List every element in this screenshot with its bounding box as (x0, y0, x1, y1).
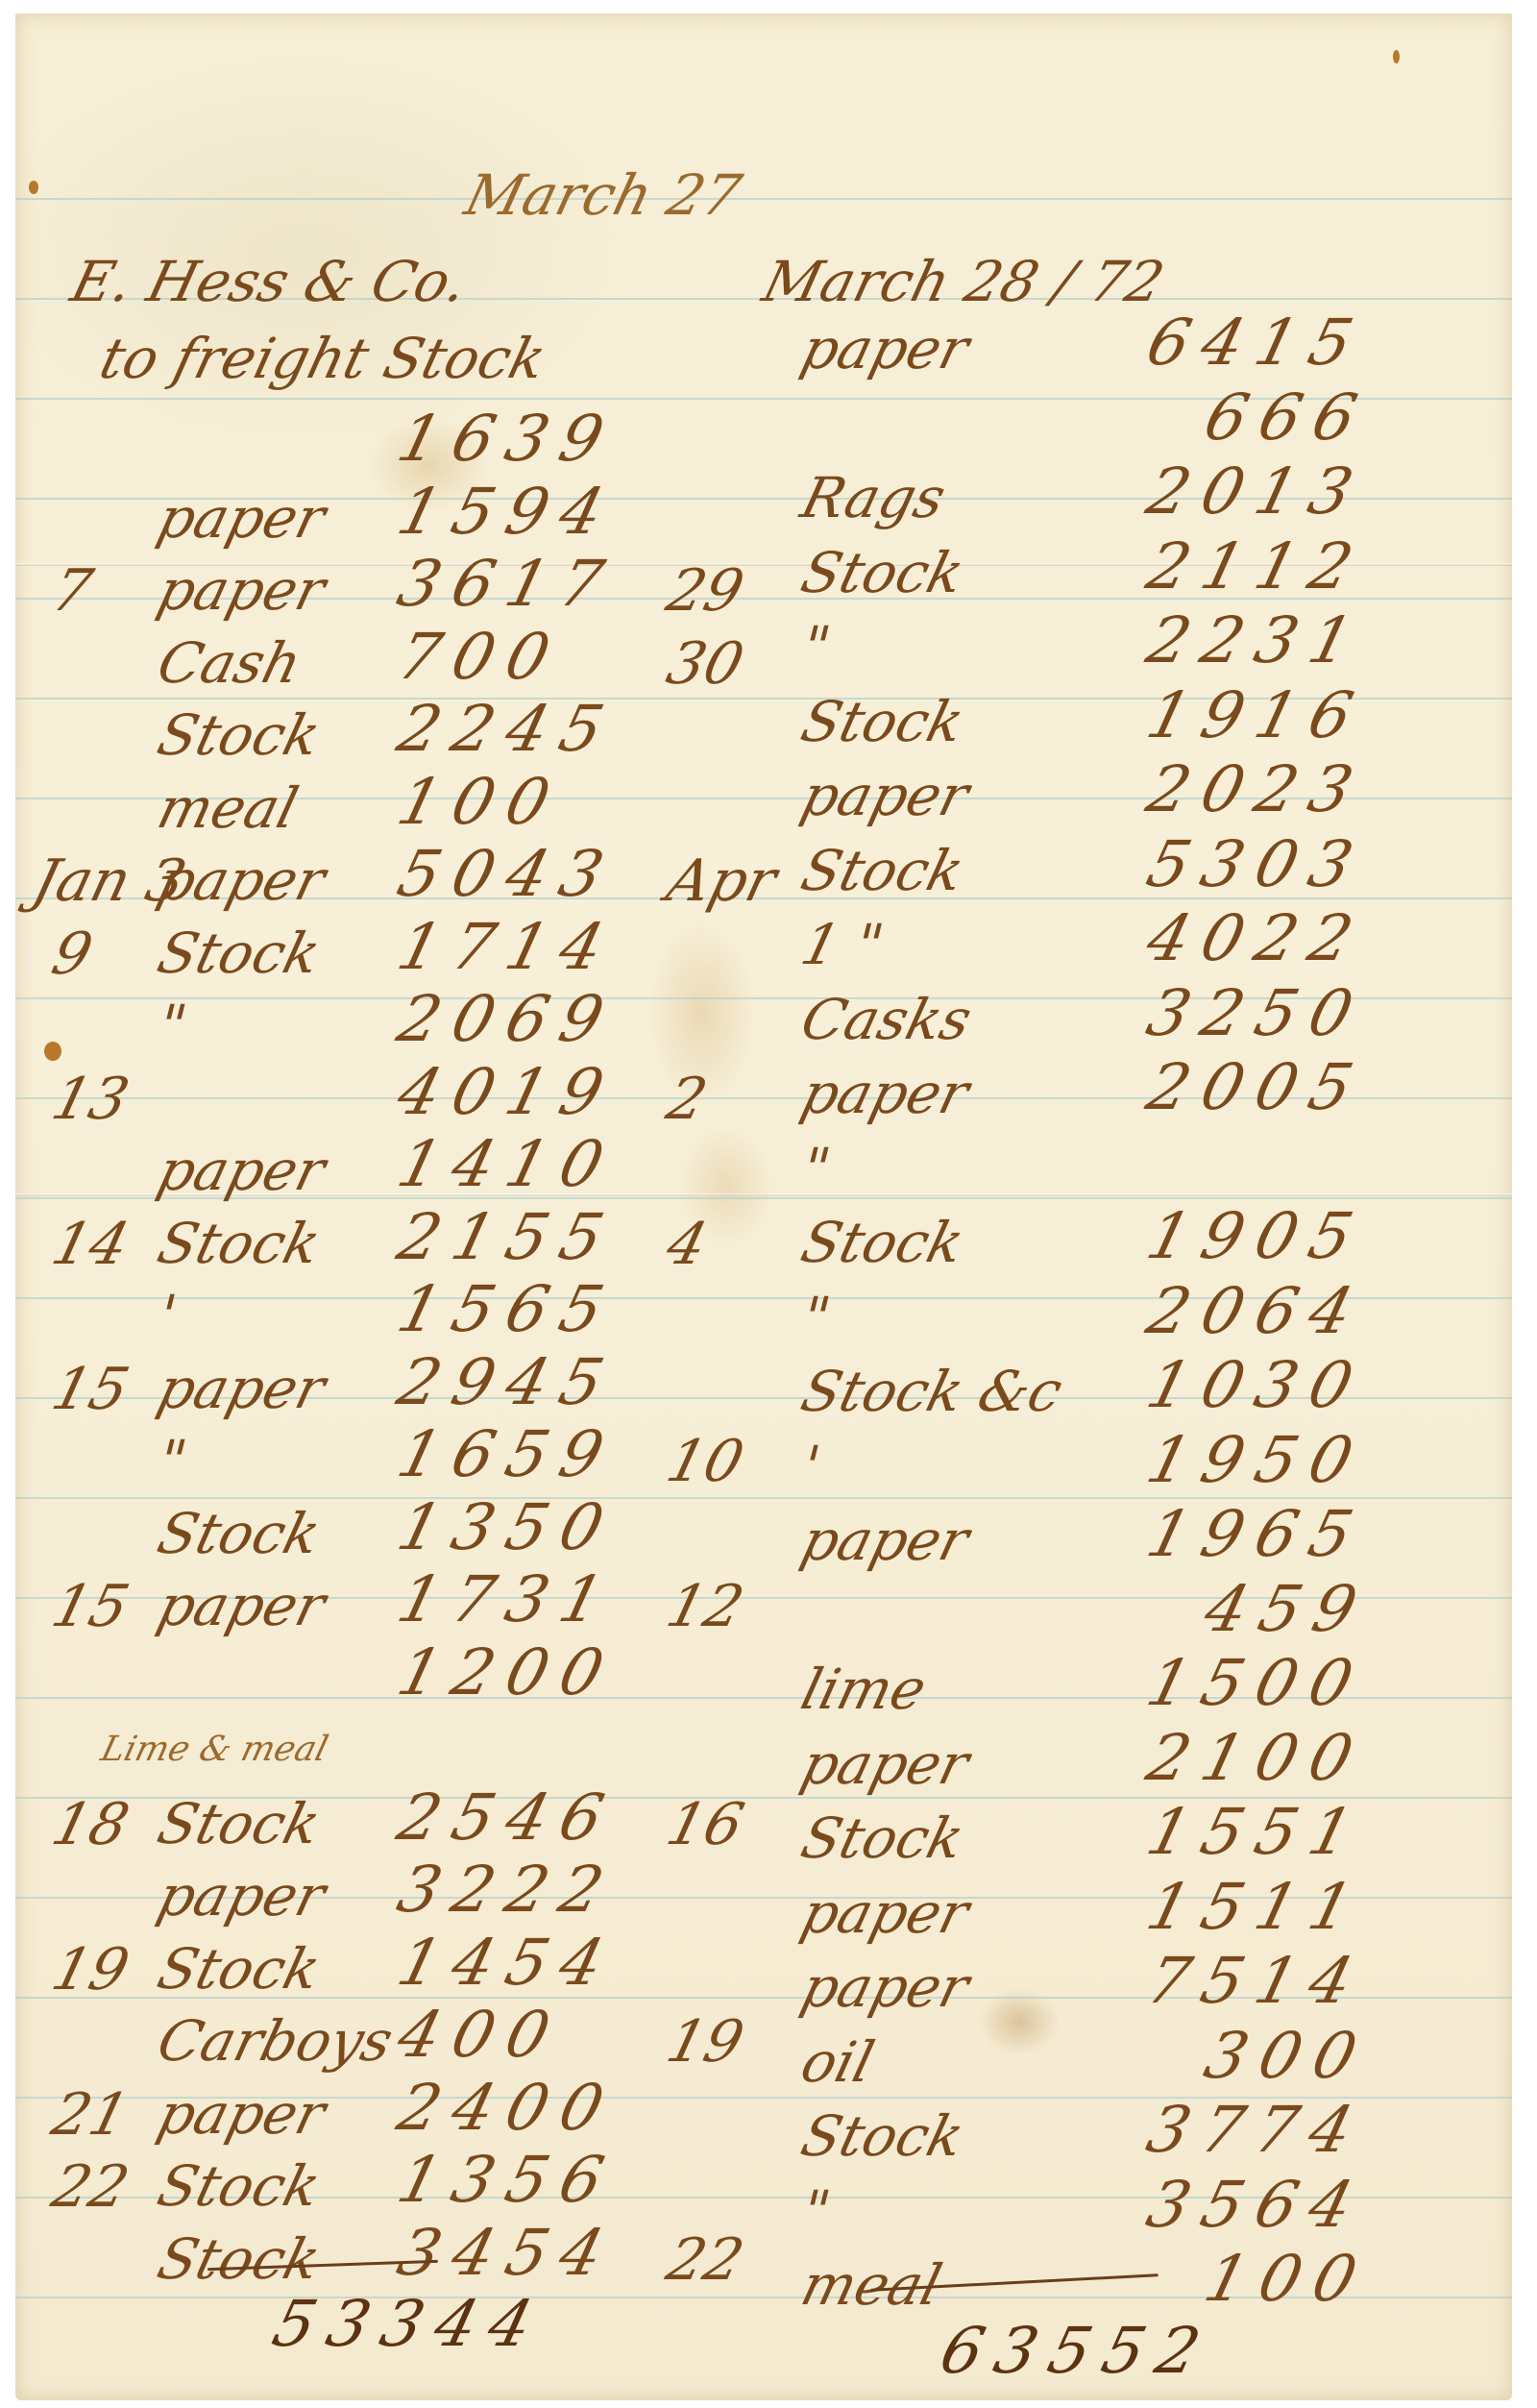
ledger-paper: March 27 E. Hess & Co. to freight Stock … (15, 13, 1512, 2400)
ruled-line (15, 198, 1512, 200)
entry-item: paper (153, 1578, 330, 1634)
entry-item: Lime & meal (98, 1732, 331, 1767)
entry-amount: 2546 (392, 1786, 622, 1850)
entry-amount: 2112 (1141, 535, 1372, 599)
left-subheader: to freight Stock (95, 331, 551, 386)
entry-amount: 300 (1199, 2025, 1376, 2088)
entry-amount: 1500 (1141, 1652, 1372, 1715)
entry-item: Stock (796, 843, 969, 898)
margin-note: 30 (662, 635, 749, 693)
entry-item: " (153, 1433, 192, 1488)
entry-amount: 1594 (392, 480, 622, 544)
entry-item: " (153, 997, 192, 1053)
entry-item: Stock (153, 1216, 326, 1271)
margin-note: Apr (662, 852, 782, 910)
entry-amount: 2100 (1141, 1727, 1372, 1790)
entry-item: paper (796, 768, 974, 823)
entry-day: 14 (47, 1216, 134, 1273)
entry-amount: 1965 (1141, 1503, 1372, 1566)
entry-item: paper (796, 1066, 974, 1121)
entry-item: Stock (796, 2108, 969, 2164)
entry-day: 19 (47, 1941, 134, 1999)
heading-date: March 27 (460, 167, 746, 223)
right-total: 63552 (935, 2320, 1219, 2383)
entry-item: ' (153, 1288, 182, 1343)
entry-amount: 666 (1199, 386, 1376, 450)
entry-item: Stock &c (796, 1364, 1068, 1419)
entry-item: paper (153, 562, 330, 618)
entry-amount: 2023 (1141, 758, 1372, 822)
entry-item: meal (153, 780, 304, 836)
right-header: March 28 / 72 (758, 254, 1169, 309)
entry-day: 21 (47, 2086, 134, 2144)
entry-amount: 1350 (392, 1496, 622, 1560)
entry-item: Stock (153, 1796, 326, 1852)
entry-item: 1 " (796, 917, 889, 972)
entry-amount: 1551 (1141, 1801, 1372, 1864)
entry-amount: 3564 (1141, 2174, 1372, 2237)
entry-item: Stock (153, 2231, 326, 2287)
entry-day: 15 (47, 1361, 134, 1418)
entry-amount: 1950 (1141, 1429, 1372, 1492)
ink-spot (29, 181, 38, 194)
entry-day: 18 (47, 1796, 134, 1854)
entry-amount: 3222 (392, 1858, 622, 1922)
entry-item: paper (796, 1736, 974, 1792)
entry-item: Stock (153, 1506, 326, 1561)
entry-amount: 2013 (1141, 460, 1372, 524)
entry-amount: 3454 (392, 2222, 622, 2285)
entry-item: Rags (796, 470, 951, 526)
entry-amount: 1916 (1141, 684, 1372, 748)
ink-spot (1393, 50, 1400, 63)
ink-spot (44, 1042, 61, 1061)
entry-item: Stock (153, 2158, 326, 2214)
entry-day: 22 (47, 2158, 134, 2216)
entry-item: Carboys (153, 2013, 399, 2069)
margin-note: 10 (662, 1433, 749, 1490)
entry-amount: 3250 (1141, 982, 1372, 1045)
entry-amount: 1410 (392, 1133, 622, 1196)
entry-item: paper (153, 1143, 330, 1198)
entry-item: Stock (796, 694, 969, 749)
entry-day: 9 (47, 925, 98, 983)
entry-amount: 7514 (1141, 1950, 1372, 2013)
entry-amount: 4019 (392, 1061, 622, 1124)
entry-amount: 700 (392, 626, 569, 689)
entry-item: Stock (796, 1215, 969, 1270)
entry-amount: 1714 (392, 916, 622, 979)
entry-amount: 1565 (392, 1278, 622, 1341)
entry-amount: 1905 (1141, 1205, 1372, 1268)
margin-note: 19 (662, 2013, 749, 2071)
left-header: E. Hess & Co. (66, 254, 473, 309)
margin-note: 4 (662, 1216, 713, 1273)
entry-item: paper (153, 490, 330, 546)
entry-item: lime (796, 1661, 932, 1717)
entry-amount: 400 (392, 2003, 569, 2067)
entry-amount: 6415 (1141, 311, 1372, 375)
entry-item: paper (796, 1512, 974, 1568)
entry-item: Stock (153, 707, 326, 763)
entry-amount: 5043 (392, 843, 622, 906)
margin-note: 16 (662, 1796, 749, 1854)
entry-amount: 2945 (392, 1351, 622, 1414)
entry-amount: 2245 (392, 698, 622, 761)
entry-amount: 1511 (1141, 1876, 1372, 1939)
entry-item: " (796, 619, 836, 675)
entry-item: Stock (796, 1810, 969, 1866)
entry-amount: 1639 (392, 407, 622, 471)
entry-amount: 3774 (1141, 2099, 1372, 2162)
margin-note: 2 (662, 1070, 713, 1128)
entry-amount: 2064 (1141, 1280, 1372, 1343)
entry-amount: 459 (1199, 1578, 1376, 1641)
margin-note: 29 (662, 562, 749, 620)
entry-amount: 2155 (392, 1206, 622, 1269)
entry-item: Cash (153, 635, 307, 691)
entry-item: Casks (796, 992, 977, 1047)
entry-amount: 2005 (1141, 1056, 1372, 1119)
entry-day: 7 (47, 562, 98, 620)
entry-item: paper (796, 1885, 974, 1941)
entry-item: paper (153, 1361, 330, 1416)
entry-amount: 100 (392, 771, 569, 834)
entry-item: Stock (796, 545, 969, 601)
entry-item: ' (796, 1438, 825, 1494)
entry-item: " (796, 2183, 836, 2239)
entry-amount: 3617 (392, 553, 622, 616)
entry-item: oil (796, 2034, 879, 2090)
margin-note: 12 (662, 1578, 749, 1635)
entry-day: 13 (47, 1070, 134, 1128)
entry-amount: 1356 (392, 2149, 622, 2212)
entry-amount: 1030 (1141, 1354, 1372, 1417)
entry-item: Stock (153, 925, 326, 981)
entry-item: paper (153, 852, 330, 908)
entry-amount: 1659 (392, 1423, 622, 1487)
entry-amount: 2400 (392, 2076, 622, 2140)
entry-amount: 1200 (392, 1641, 622, 1705)
entry-amount: 2069 (392, 988, 622, 1051)
margin-note: 22 (662, 2231, 749, 2289)
entry-amount: 2231 (1141, 609, 1372, 673)
entry-item: paper (153, 1868, 330, 1924)
entry-amount: 4022 (1141, 907, 1372, 971)
entry-amount: 1731 (392, 1568, 622, 1632)
entry-item: " (796, 1141, 836, 1196)
entry-item: Stock (153, 1941, 326, 1997)
left-total: 53344 (267, 2293, 551, 2356)
entry-item: paper (796, 1959, 974, 2015)
entry-day: 15 (47, 1578, 134, 1635)
entry-amount: 5303 (1141, 833, 1372, 897)
entry-item: paper (796, 321, 974, 377)
entry-amount: 1454 (392, 1931, 622, 1995)
entry-amount: 100 (1199, 2248, 1376, 2311)
entry-item: paper (153, 2086, 330, 2142)
